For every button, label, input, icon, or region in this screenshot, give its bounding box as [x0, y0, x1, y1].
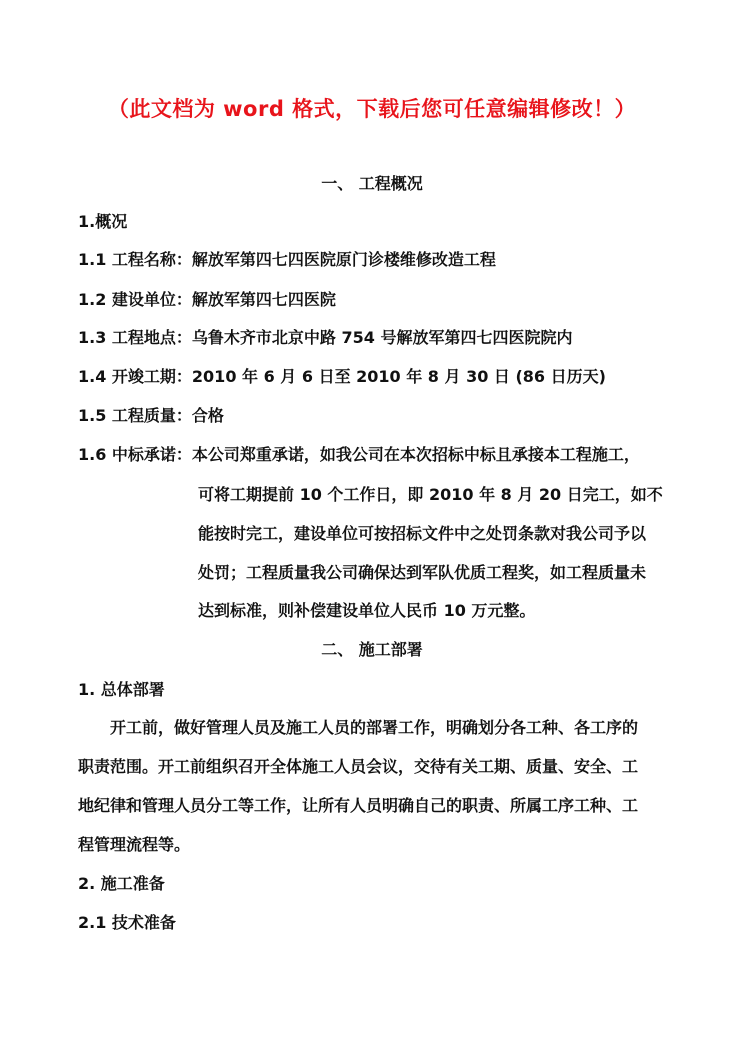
section-heading-project-overview: 一、 工程概况 — [0, 171, 744, 194]
item-project-name: 1.1 工程名称：解放军第四七四医院原门诊楼维修改造工程 — [78, 247, 496, 270]
paragraph-line-1: 开工前，做好管理人员及施工人员的部署工作，明确划分各工种、各工序的 — [78, 715, 690, 738]
commitment-line-3: 能按时完工，建设单位可按招标文件中之处罚条款对我公司予以 — [198, 521, 646, 544]
item-project-quality: 1.5 工程质量：合格 — [78, 403, 224, 426]
paragraph-line-3: 地纪律和管理人员分工等工作，让所有人员明确自己的职责、所属工序工种、工 — [78, 793, 690, 816]
item-construction-period: 1.4 开竣工期：2010 年 6 月 6 日至 2010 年 8 月 30 日… — [78, 364, 606, 387]
commitment-line-2: 可将工期提前 10 个工作日，即 2010 年 8 月 20 日完工，如不 — [198, 482, 663, 505]
paragraph-line-2: 职责范围。开工前组织召开全体施工人员会议，交待有关工期、质量、安全、工 — [78, 754, 690, 777]
document-page: （此文档为 word 格式，下载后您可任意编辑修改！） 一、 工程概况 1.概况… — [0, 0, 744, 1052]
sub-heading-technical-preparation: 2.1 技术准备 — [78, 910, 176, 933]
commitment-line-4: 处罚；工程质量我公司确保达到军队优质工程奖，如工程质量未 — [198, 560, 646, 583]
paragraph-line-4: 程管理流程等。 — [78, 832, 690, 855]
item-construction-unit: 1.2 建设单位：解放军第四七四医院 — [78, 287, 336, 310]
commitment-line-5: 达到标准，则补偿建设单位人民币 10 万元整。 — [198, 598, 535, 621]
item-project-location: 1.3 工程地点：乌鲁木齐市北京中路 754 号解放军第四七四医院院内 — [78, 325, 572, 348]
editable-notice-banner: （此文档为 word 格式，下载后您可任意编辑修改！） — [0, 93, 744, 123]
sub-heading-overview: 1.概况 — [78, 209, 127, 232]
section-heading-construction-deployment: 二、 施工部署 — [0, 637, 744, 660]
sub-heading-overall-deployment: 1. 总体部署 — [78, 677, 165, 700]
item-bid-commitment: 1.6 中标承诺：本公司郑重承诺，如我公司在本次招标中标且承接本工程施工， — [78, 442, 640, 465]
sub-heading-construction-preparation: 2. 施工准备 — [78, 871, 165, 894]
